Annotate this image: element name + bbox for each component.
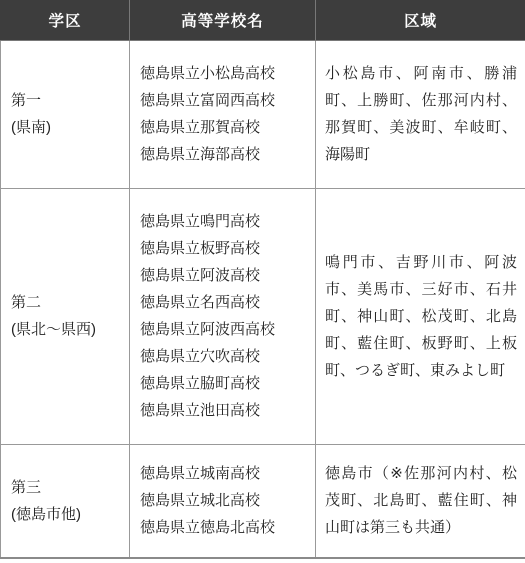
- area-cell: 徳島市（※佐那河内村、松茂町、北島町、藍住町、神山町は第三も共通）: [316, 444, 525, 558]
- schools-cell: 徳島県立小松島高校徳島県立富岡西高校徳島県立那賀高校徳島県立海部高校: [130, 40, 316, 188]
- school-name: 徳島県立那賀高校: [140, 114, 306, 141]
- district-note: (県南): [11, 114, 120, 141]
- column-header-district: 学区: [1, 0, 130, 40]
- district-cell: 第一 (県南): [1, 40, 130, 188]
- area-cell: 小松島市、阿南市、勝浦町、上勝町、佐那河内村、那賀町、美波町、牟岐町、海陽町: [316, 40, 525, 188]
- district-cell: 第三 (徳島市他): [1, 444, 130, 558]
- district-name: 第一: [11, 87, 120, 114]
- schools-cell: 徳島県立鳴門高校徳島県立板野高校徳島県立阿波高校徳島県立名西高校徳島県立阿波西高…: [130, 188, 316, 444]
- school-name: 徳島県立阿波西高校: [140, 316, 306, 343]
- school-name: 徳島県立小松島高校: [140, 60, 306, 87]
- school-name: 徳島県立鳴門高校: [140, 208, 306, 235]
- table-row-district-2: 第二 (県北〜県西) 徳島県立鳴門高校徳島県立板野高校徳島県立阿波高校徳島県立名…: [1, 188, 525, 444]
- schools-cell: 徳島県立城南高校徳島県立城北高校徳島県立徳島北高校: [130, 444, 316, 558]
- school-name: 徳島県立脇町高校: [140, 370, 306, 397]
- school-name: 徳島県立名西高校: [140, 289, 306, 316]
- school-name: 徳島県立板野高校: [140, 235, 306, 262]
- header-row: 学区 高等学校名 区域: [1, 0, 525, 40]
- school-name: 徳島県立穴吹高校: [140, 343, 306, 370]
- district-note: (県北〜県西): [11, 316, 120, 343]
- school-name: 徳島県立池田高校: [140, 397, 306, 424]
- page: 学区 高等学校名 区域 第一 (県南) 徳島県立小松島高校徳島県立富岡西高校徳島…: [0, 0, 525, 563]
- school-name: 徳島県立阿波高校: [140, 262, 306, 289]
- table-row-district-3: 第三 (徳島市他) 徳島県立城南高校徳島県立城北高校徳島県立徳島北高校 徳島市（…: [1, 444, 525, 558]
- district-name: 第二: [11, 289, 120, 316]
- table-body: 第一 (県南) 徳島県立小松島高校徳島県立富岡西高校徳島県立那賀高校徳島県立海部…: [1, 40, 525, 558]
- column-header-schools: 高等学校名: [130, 0, 316, 40]
- column-header-area: 区域: [316, 0, 525, 40]
- school-name: 徳島県立海部高校: [140, 141, 306, 168]
- school-district-table: 学区 高等学校名 区域 第一 (県南) 徳島県立小松島高校徳島県立富岡西高校徳島…: [0, 0, 525, 559]
- school-name: 徳島県立徳島北高校: [140, 514, 306, 541]
- school-name: 徳島県立城北高校: [140, 487, 306, 514]
- district-cell: 第二 (県北〜県西): [1, 188, 130, 444]
- school-name: 徳島県立城南高校: [140, 460, 306, 487]
- district-name: 第三: [11, 474, 120, 501]
- area-cell: 鳴門市、吉野川市、阿波市、美馬市、三好市、石井町、神山町、松茂町、北島町、藍住町…: [316, 188, 525, 444]
- district-note: (徳島市他): [11, 501, 120, 528]
- table-header: 学区 高等学校名 区域: [1, 0, 525, 40]
- table-row-district-1: 第一 (県南) 徳島県立小松島高校徳島県立富岡西高校徳島県立那賀高校徳島県立海部…: [1, 40, 525, 188]
- school-name: 徳島県立富岡西高校: [140, 87, 306, 114]
